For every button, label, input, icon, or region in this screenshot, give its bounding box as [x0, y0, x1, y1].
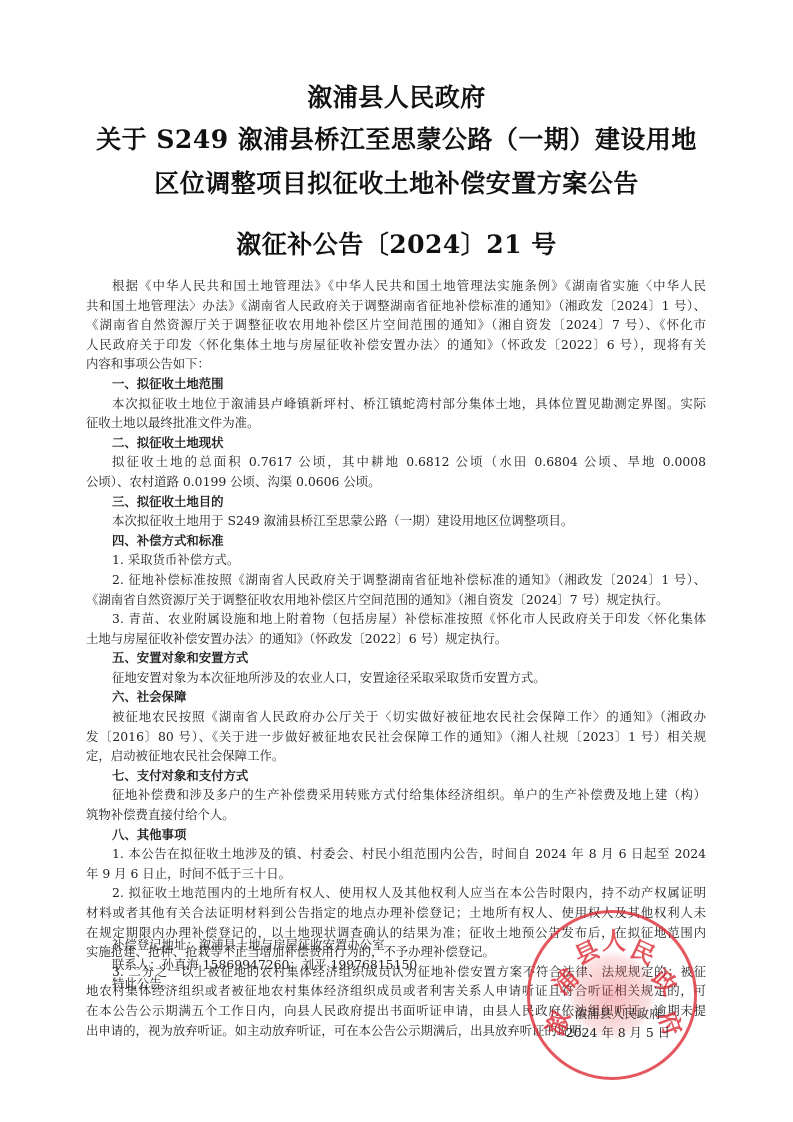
- official-seal-stamp: 溆 浦 县 人 民 政 府: [527, 910, 697, 1080]
- body-line: 《湖南省自然资源厅关于调整征收农用地补偿区片空间范围的通知》（湘自资发〔2024…: [86, 590, 706, 610]
- registration-address: 补偿登记地址：溆浦县土地与房屋征收安置办公室: [112, 935, 512, 955]
- section-heading-8: 八、其他事项: [86, 825, 706, 845]
- body-line: 本次拟征收土地位于溆浦县卢峰镇新坪村、桥江镇蛇湾村部分集体土地，具体位置见勘测定…: [86, 394, 706, 414]
- section-heading-5: 五、安置对象和安置方式: [86, 648, 706, 668]
- title-line-1: 关于 S249 溆浦县桥江至思蒙公路（一期）建设用地: [0, 120, 793, 156]
- body-line: 《湖南省自然资源厅关于调整征收农用地补偿区片空间范围的通知》（湘自资发〔2024…: [86, 315, 706, 335]
- body-line: 被征地农民按照《湖南省人民政府办公厅关于〈切实做好被征地农民社会保障工作〉的通知…: [86, 707, 706, 727]
- title-line-2: 区位调整项目拟征收土地补偿安置方案公告: [0, 164, 793, 200]
- body-line: 共和国土地管理法〉办法》《湖南省人民政府关于调整湖南省征地补偿标准的通知》（湘政…: [86, 296, 706, 316]
- body-line: 公顷）、农村道路 0.0199 公顷、沟渠 0.0606 公顷。: [86, 472, 706, 492]
- section-heading-4: 四、补偿方式和标准: [86, 531, 706, 551]
- footer-contact-block: 补偿登记地址：溆浦县土地与房屋征收安置办公室 联系人：孙真海 158699472…: [112, 935, 512, 994]
- body-line: 征收土地以最终批准文件为准。: [86, 413, 706, 433]
- section-heading-1: 一、拟征收土地范围: [86, 374, 706, 394]
- body-line: 3. 青苗、农业附属设施和地上附着物（包括房屋）补偿标准按照《怀化市人民政府关于…: [86, 609, 706, 629]
- body-line: 1. 采取货币补偿方式。: [86, 550, 706, 570]
- body-line: 2. 征地补偿标准按照《湖南省人民政府关于调整湖南省征地补偿标准的通知》（湘政发…: [86, 570, 706, 590]
- body-line: 征地安置对象为本次征地所涉及的农业人口，安置途径采取采取货币安置方式。: [86, 668, 706, 688]
- body-line: 内容和事项公告如下：: [86, 354, 706, 374]
- issuer-heading: 溆浦县人民政府: [0, 78, 793, 114]
- section-heading-3: 三、拟征收土地目的: [86, 492, 706, 512]
- body-line: 2. 拟征收土地范围内的土地所有权人、使用权人及其他权利人应当在本公告时限内，持…: [86, 883, 706, 903]
- document-number: 溆征补公告〔2024〕21 号: [0, 225, 793, 261]
- body-line: 土地与房屋征收补偿安置办法〉的通知》（怀政发〔2022〕6 号）规定执行。: [86, 629, 706, 649]
- body-line: 定，启动被征地农民社会保障工作。: [86, 746, 706, 766]
- body-line: 发〔2016〕80 号）、《关于进一步做好被征地农民社会保障工作的通知》（湘人社…: [86, 727, 706, 747]
- body-line: 根据《中华人民共和国土地管理法》《中华人民共和国土地管理法实施条例》《湖南省实施…: [86, 276, 706, 296]
- closing-remark: 特此公告。: [112, 974, 512, 994]
- section-heading-2: 二、拟征收土地现状: [86, 433, 706, 453]
- signature-block: 溆浦县人民政府 2024 年 8 月 5 日: [548, 1004, 688, 1042]
- body-line: 筑物补偿费直接付给个人。: [86, 805, 706, 825]
- section-heading-6: 六、社会保障: [86, 687, 706, 707]
- signing-organization: 溆浦县人民政府: [548, 1004, 688, 1023]
- body-line: 拟征收土地的总面积 0.7617 公顷，其中耕地 0.6812 公顷（水田 0.…: [86, 452, 706, 472]
- section-heading-7: 七、支付对象和支付方式: [86, 766, 706, 786]
- contact-persons: 联系人：孙真海 15869947260；刘平 19976815150: [112, 955, 512, 975]
- body-line: 年 9 月 6 日止，时间不低于三十日。: [86, 864, 706, 884]
- body-line: 本次拟征收土地用于 S249 溆浦县桥江至思蒙公路（一期）建设用地区位调整项目。: [86, 511, 706, 531]
- body-line: 征地补偿费和涉及多户的生产补偿费采用转账方式付给集体经济组织。单户的生产补偿费及…: [86, 785, 706, 805]
- seal-char: 人: [602, 921, 626, 956]
- body-line: 人民政府关于印发〈怀化集体土地与房屋征收补偿安置办法〉的通知》（怀政发〔2022…: [86, 335, 706, 355]
- body-line: 1. 本公告在拟征收土地涉及的镇、村委会、村民小组范围内公告，时间自 2024 …: [86, 844, 706, 864]
- signing-date: 2024 年 8 月 5 日: [548, 1023, 688, 1042]
